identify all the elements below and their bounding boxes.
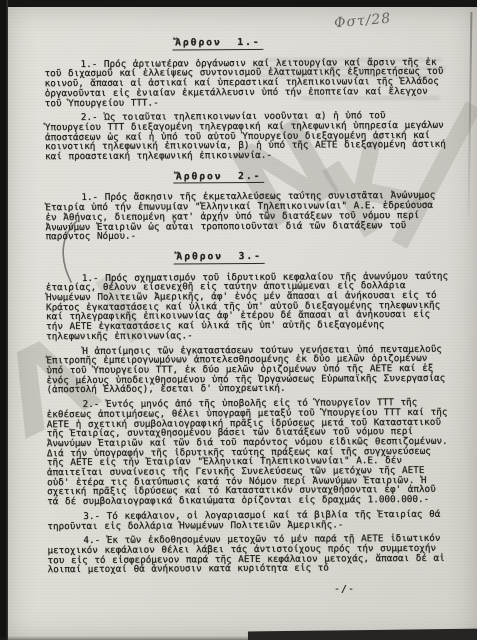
article-3-paragraph: 4.- Ἐκ τῶν ἐκδοθησομένων μετοχῶν τό μέν … — [47, 534, 450, 575]
article-3-heading: Ἄρθρον 3.- — [173, 252, 265, 264]
page-continuation-mark: -/- — [334, 584, 355, 595]
article-3-paragraph: 2.- Ἐντός μηνός ἀπό τῆς ὑποβολῆς εἰς τό … — [47, 398, 451, 507]
scan-edge-top — [0, 0, 477, 7]
article-1-heading: Ἄρθρον 1.- — [172, 38, 264, 50]
article-1-paragraph: 2.- Ὡς τοιαῦται τηλεπικοινωνίαι νοοῦνται… — [45, 111, 448, 162]
scan-edge-left — [0, 0, 8, 640]
article-2-paragraph: 1.- Πρός ἄσκησιν τῆς ἐκμεταλλεύσεως ταύτ… — [45, 191, 448, 242]
scanned-document-page: Λ Ι Ν Κ Φστ/28 Ἄρθρον 1.- 1.- Πρός ἀρτιω… — [0, 0, 477, 640]
document-body: Ἄρθρον 1.- 1.- Πρός ἀρτιωτέραν ὀργάνωσιν… — [44, 37, 450, 580]
article-3-paragraph: Ἡ ἀποτίμησις τῶν ἐγκαταστάσεων τούτων γε… — [46, 344, 449, 395]
scan-edge-bottom-shadow — [0, 636, 477, 640]
article-2-heading: Ἄρθρον 2.- — [173, 172, 265, 184]
article-1-paragraph: 1.- Πρός ἀρτιωτέραν ὀργάνωσιν καί λειτου… — [44, 57, 447, 108]
article-3-paragraph: 1.- Πρός σχηματισμόν τοῦ ἱδρυτικοῦ κεφαλ… — [46, 271, 449, 341]
article-3-paragraph: 3.- Τό κεφάλαιον, οἱ λογαριασμοί καί τά … — [47, 510, 450, 532]
